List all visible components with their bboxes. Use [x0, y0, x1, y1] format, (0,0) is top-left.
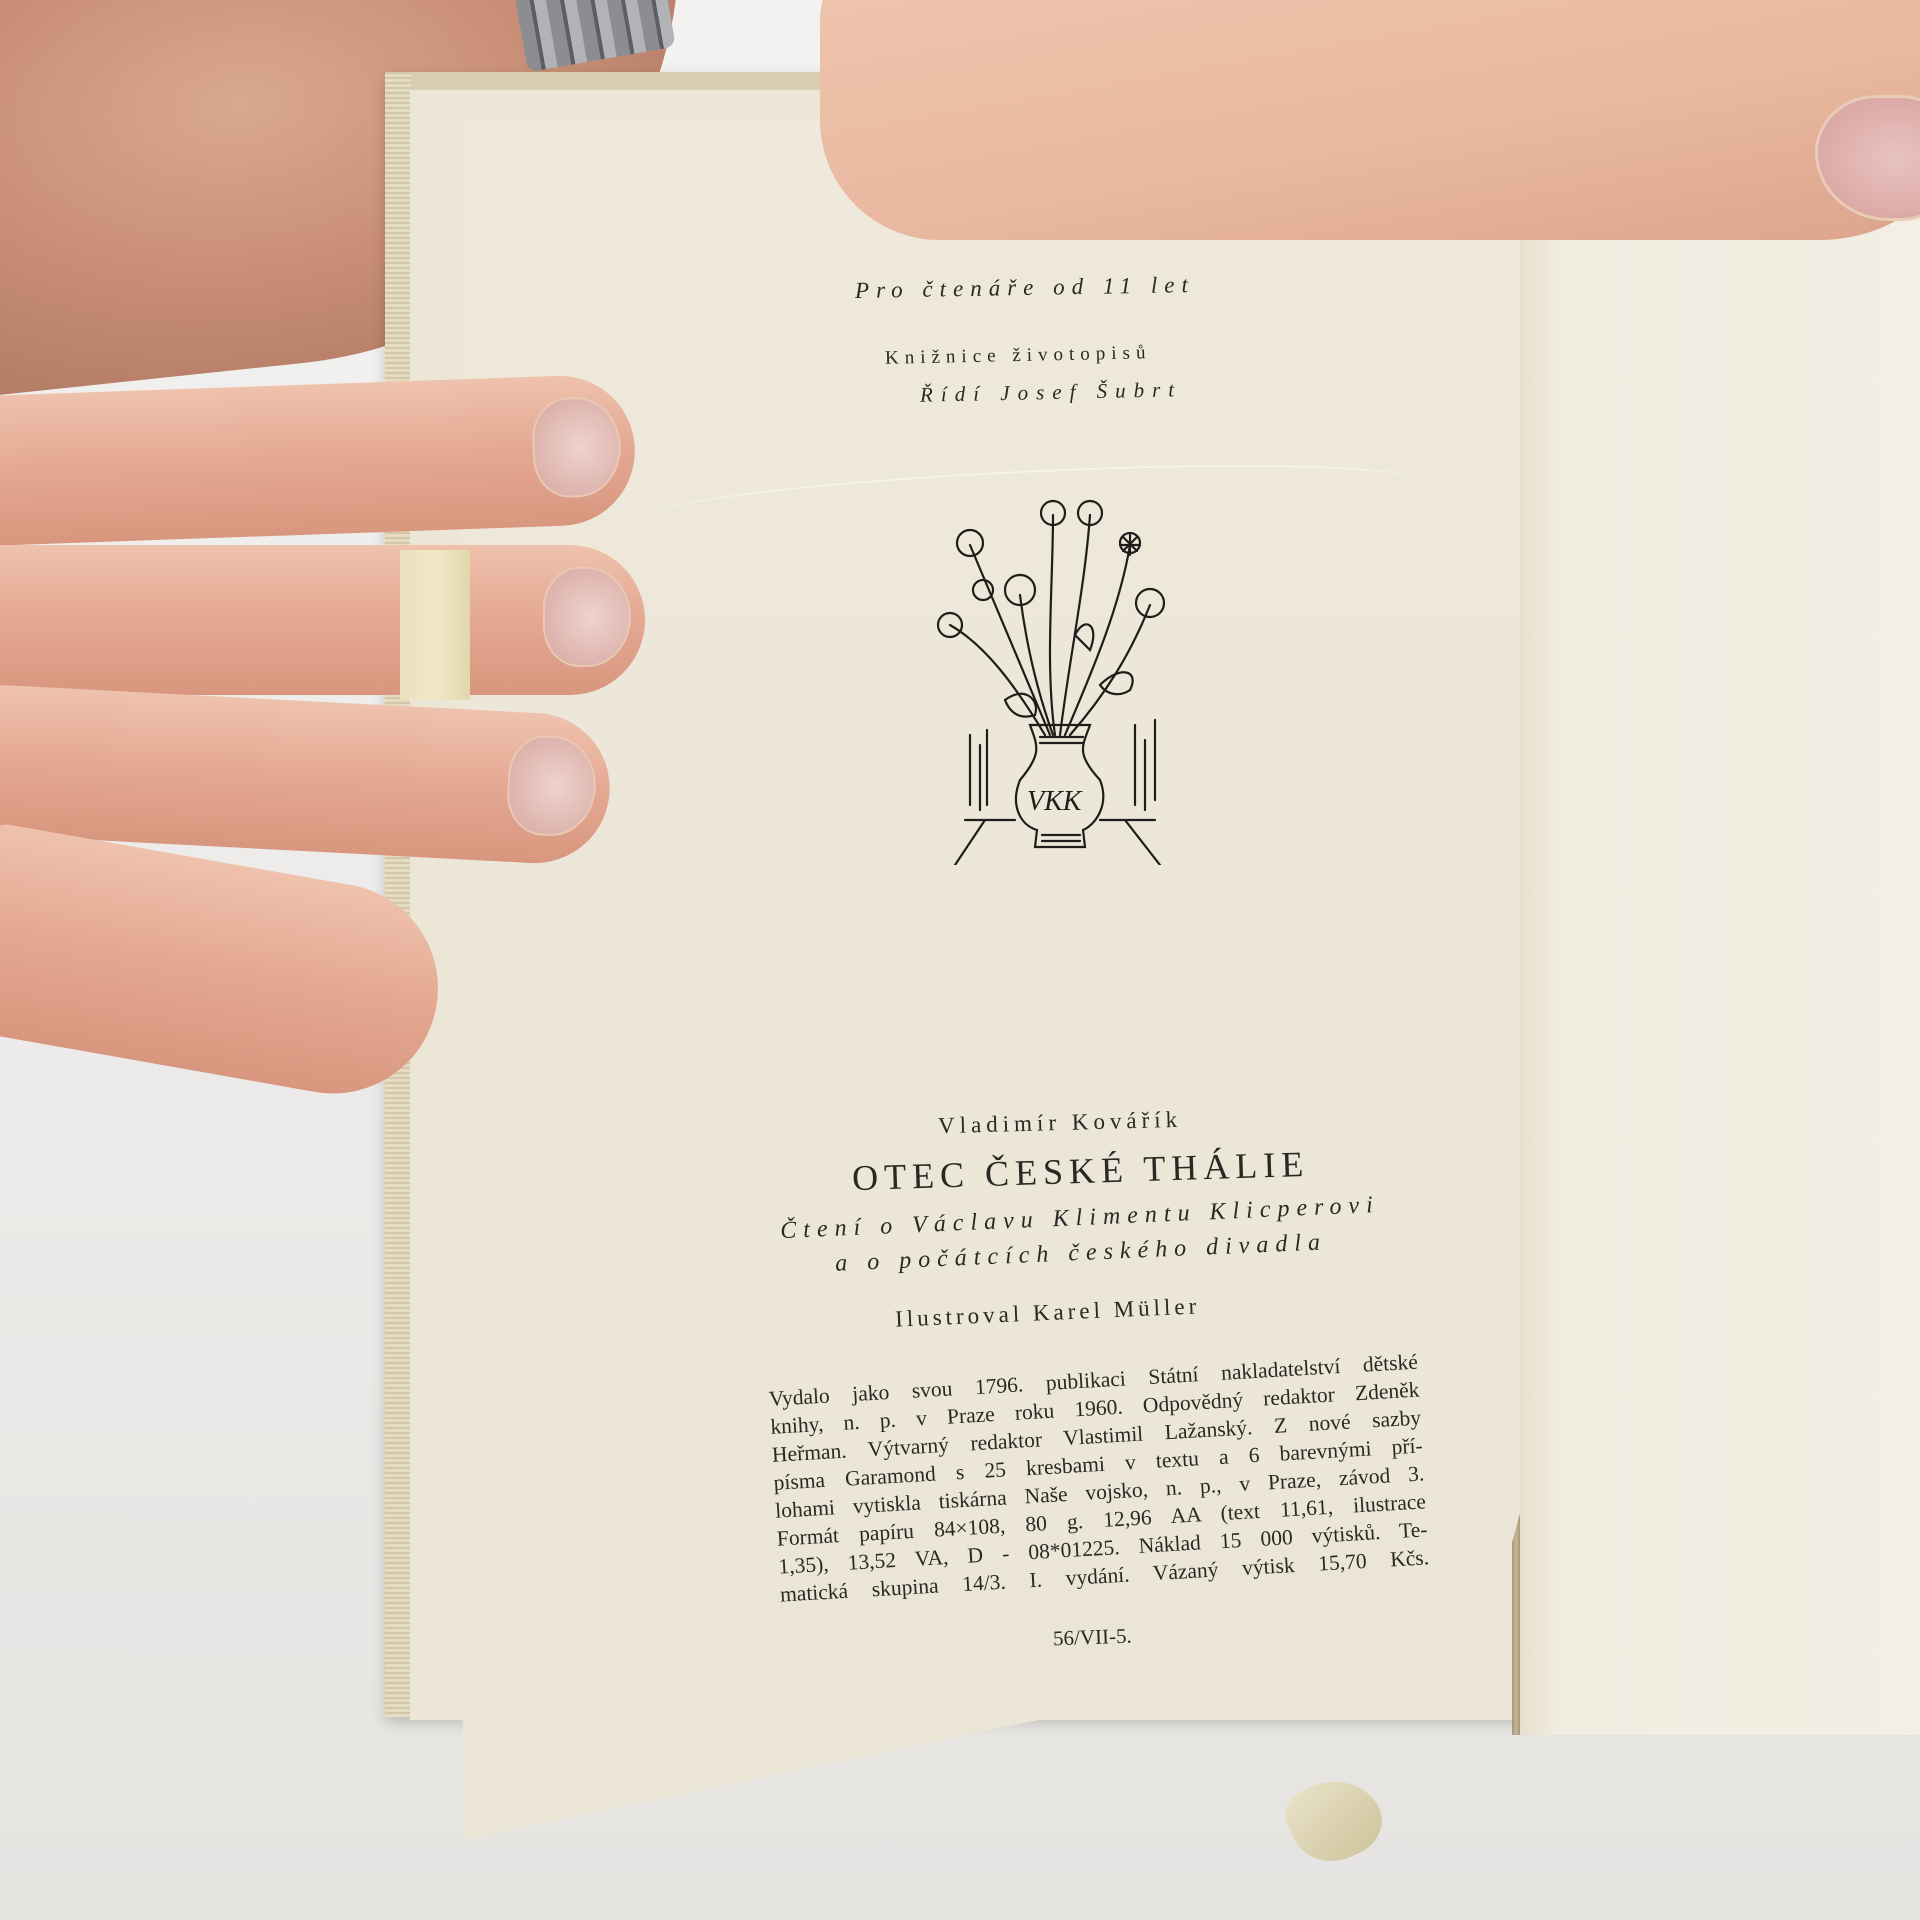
right-page: [1515, 120, 1920, 1735]
svg-text:VKK: VKK: [1027, 786, 1083, 817]
fingernail: [543, 567, 631, 667]
book-cloth-edge: [385, 72, 411, 1717]
index-finger: [0, 373, 637, 546]
fingernail: [505, 734, 598, 838]
imprint-block: Vydalo jako svou 1796. publikaci Státní …: [768, 1348, 1430, 1609]
right-hand: [820, 0, 1920, 240]
flower-vase-illustration: VKK: [920, 485, 1190, 865]
fingernail: [531, 396, 622, 499]
middle-finger: [0, 545, 645, 695]
finger-bandage: [400, 550, 470, 700]
ribbon-bookmark: [1277, 1765, 1392, 1876]
catalog-code: 56/VII-5.: [1053, 1624, 1133, 1652]
